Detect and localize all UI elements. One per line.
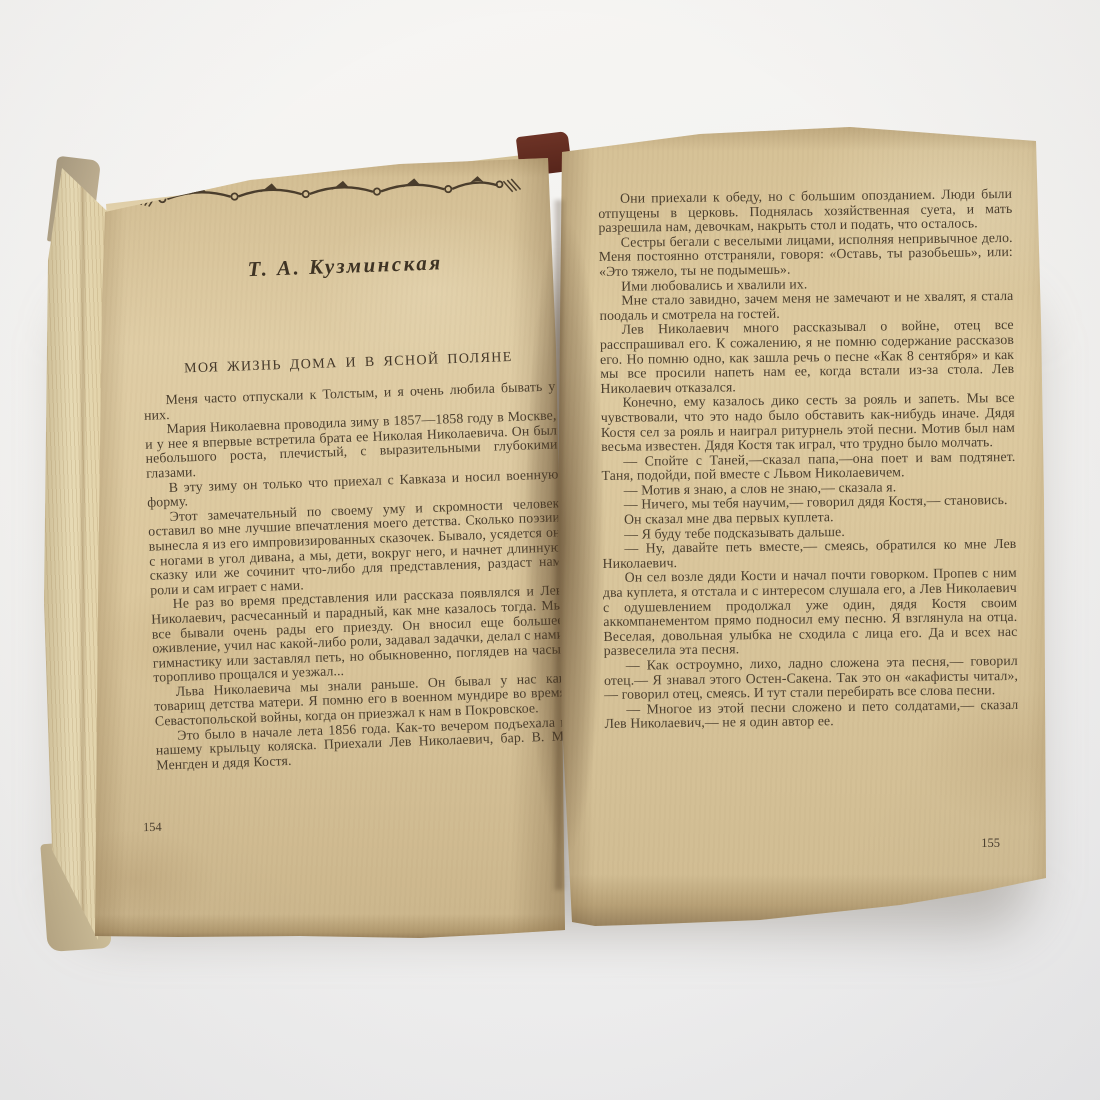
paragraph: Сестры бегали с веселыми лицами, исполня… — [599, 231, 1014, 280]
left-page-text: Меня часто отпускали к Толстым, и я очен… — [143, 379, 568, 773]
right-page: Они приехали к обеду, но с большим опозд… — [548, 122, 1058, 937]
left-page: Т. А. Кузминская МОЯ ЖИЗНЬ ДОМА И В ЯСНО… — [88, 148, 568, 943]
paragraph: Он сел возле дяди Кости и начал почти го… — [603, 566, 1018, 659]
author-name: Т. А. Кузминская — [139, 244, 552, 288]
paragraph: Лев Николаевич много рассказывал о войне… — [600, 318, 1015, 396]
paragraph: — Как остроумно, лихо, ладно сложена эта… — [604, 654, 1019, 703]
paragraph: Они приехали к обеду, но с большим опозд… — [598, 187, 1013, 236]
paragraph: Конечно, ему казалось дико сесть за роял… — [601, 391, 1016, 454]
paragraph: Этот замечательный по своему уму и скром… — [147, 496, 562, 598]
ornament-band-icon — [137, 170, 524, 211]
paragraph: — Многое из этой песни сложено и пето со… — [604, 698, 1018, 732]
page-number-left: 154 — [143, 820, 162, 835]
book-photo: Т. А. Кузминская МОЯ ЖИЗНЬ ДОМА И В ЯСНО… — [0, 0, 1100, 1100]
paragraph: Не раз во время представления или расска… — [151, 584, 566, 686]
right-page-text: Они приехали к обеду, но с большим опозд… — [598, 187, 1019, 732]
chapter-title: МОЯ ЖИЗНЬ ДОМА И В ЯСНОЙ ПОЛЯНЕ — [142, 348, 554, 380]
left-page-content: Т. А. Кузминская МОЯ ЖИЗНЬ ДОМА И В ЯСНО… — [136, 168, 568, 773]
right-page-content: Они приехали к обеду, но с большим опозд… — [598, 183, 1019, 732]
page-number-right: 155 — [981, 836, 1000, 851]
